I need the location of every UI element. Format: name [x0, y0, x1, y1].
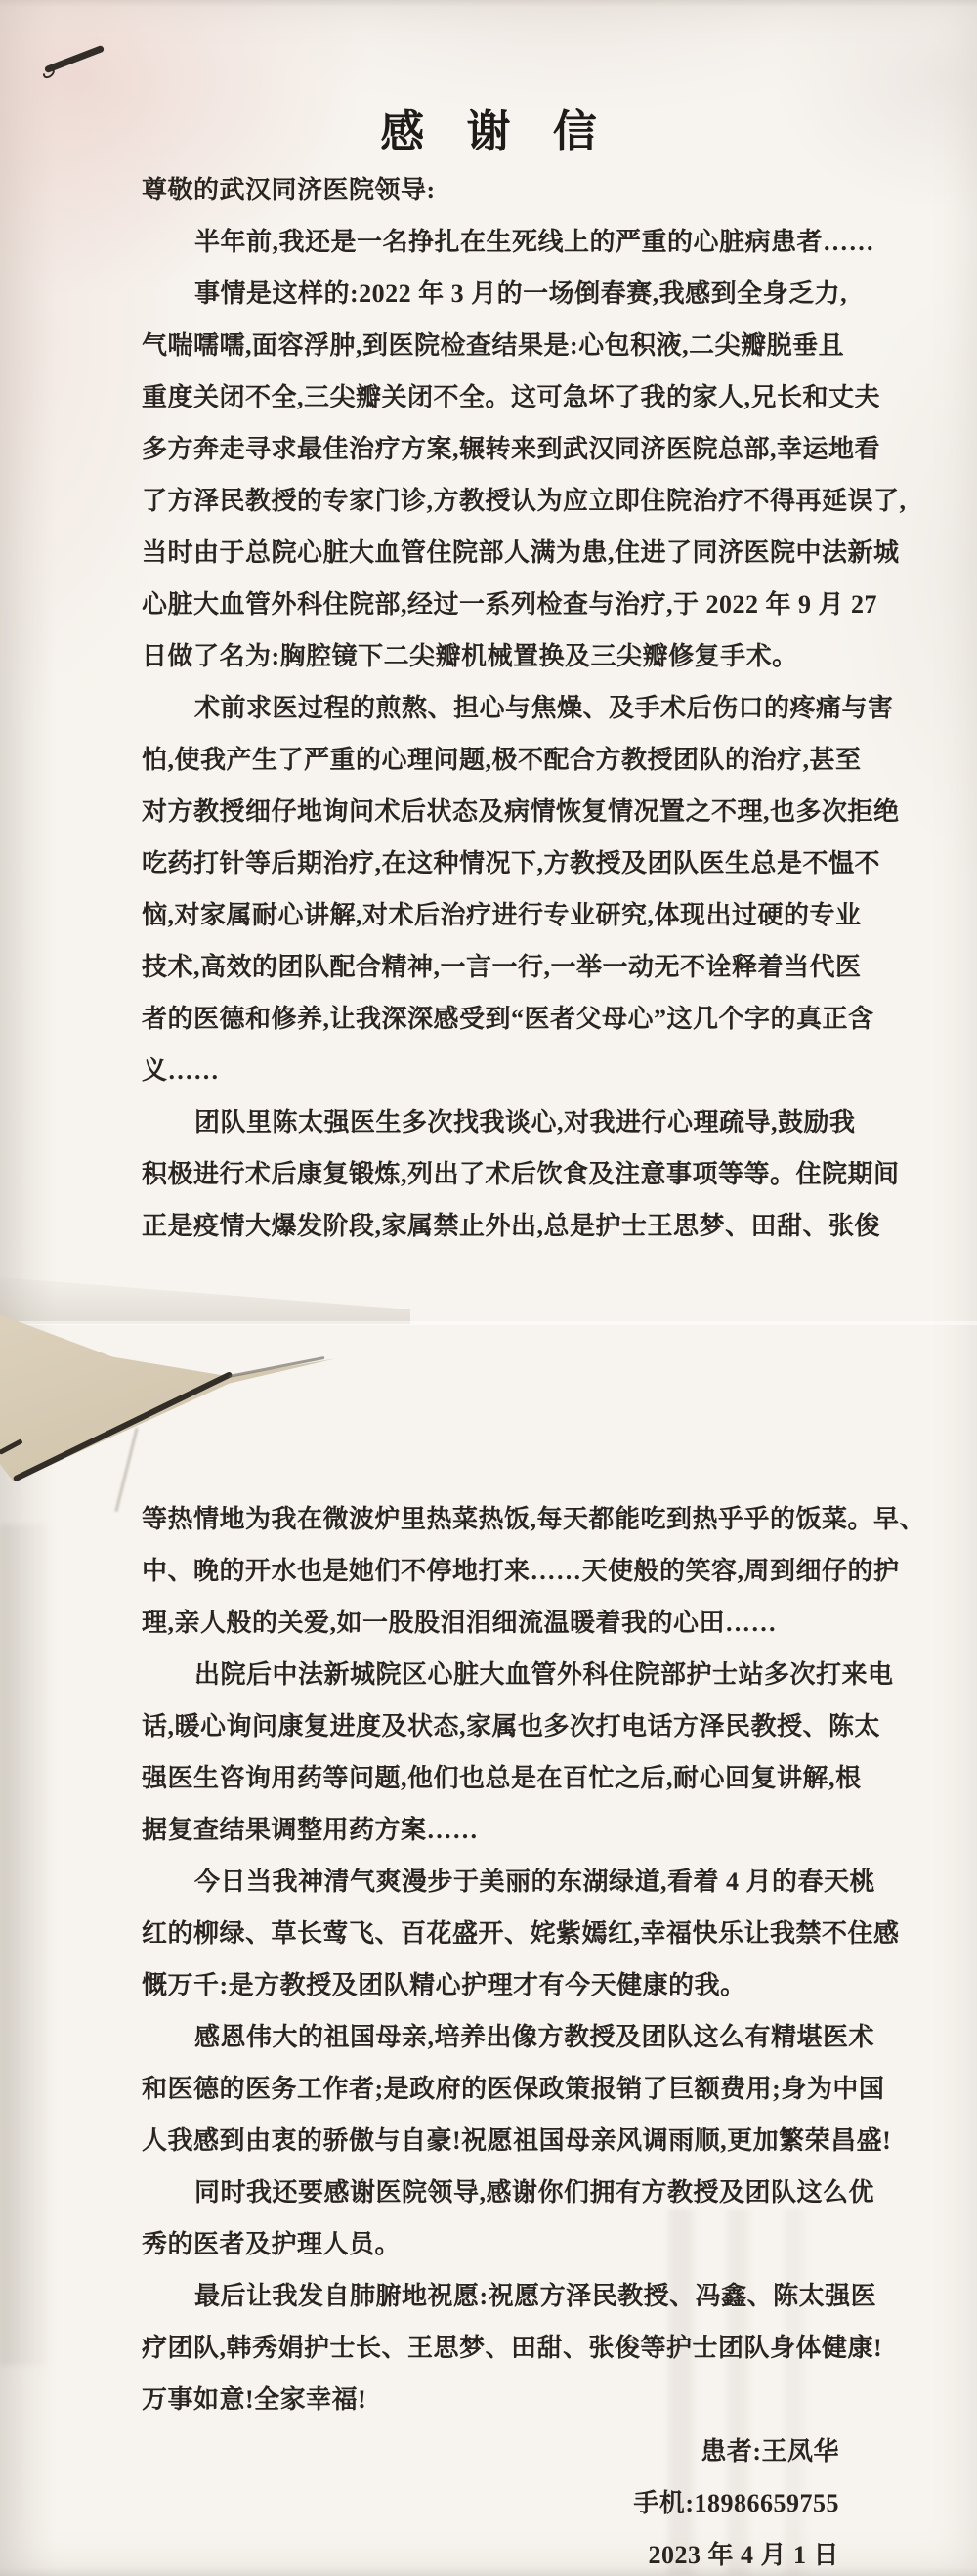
letter-line: 强医生咨询用药等问题,他们也总是在百忙之后,耐心回复讲解,根 [142, 1752, 904, 1804]
letter-title: 感 谢 信 [0, 96, 977, 159]
letter-line: 了方泽民教授的专家门诊,方教授认为应立即住院治疗不得再延误了, [142, 475, 904, 527]
letter-line: 气喘嚅嚅,面容浮肿,到医院检查结果是:心包积液,二尖瓣脱垂且 [142, 320, 904, 371]
fold-crease-tick [0, 1438, 23, 1455]
letter-line: 半年前,我还是一名挣扎在生死线上的严重的心脏病患者…… [142, 216, 904, 268]
letter-line: 吃药打针等后期治疗,在这种情况下,方教授及团队医生总是不愠不 [142, 837, 904, 889]
letter-line: 同时我还要感谢医院领导,感谢你们拥有方教授及团队这么优 [142, 2167, 904, 2218]
letter-line: 秀的医者及护理人员。 [142, 2218, 904, 2270]
letter-line: 心脏大血管外科住院部,经过一系列检查与治疗,于 2022 年 9 月 27 [142, 579, 904, 630]
letter-line: 人我感到由衷的骄傲与自豪!祝愿祖国母亲风调雨顺,更加繁荣昌盛! [142, 2115, 904, 2167]
letter-line: 等热情地为我在微波炉里热菜热饭,每天都能吃到热乎乎的饭菜。早、 [142, 1493, 904, 1545]
paper-edge-shadow [0, 1524, 68, 2365]
letter-line: 团队里陈太强医生多次找我谈心,对我进行心理疏导,鼓励我 [142, 1096, 904, 1148]
letter-line: 慨万千:是方教授及团队精心护理才有今天健康的我。 [142, 1959, 904, 2011]
letter-line: 今日当我神清气爽漫步于美丽的东湖绿道,看着 4 月的春天桃 [142, 1856, 904, 1908]
letter-line: 最后让我发自肺腑地祝愿:祝愿方泽民教授、冯鑫、陈太强医 [142, 2270, 904, 2322]
letter-line: 者的医德和修养,让我深深感受到“医者父母心”这几个字的真正含 [142, 993, 904, 1045]
fold-crease-line [13, 1371, 234, 1482]
letter-line: 义…… [142, 1045, 904, 1096]
fold-crease-line-2 [229, 1356, 325, 1378]
letter-line: 多方奔走寻求最佳治疗方案,辗转来到武汉同济医院总部,幸运地看 [142, 423, 904, 475]
letter-line: 手机:18986659755 [142, 2477, 904, 2529]
letter-line: 和医德的医务工作者;是政府的医保政策报销了巨额费用;身为中国 [142, 2063, 904, 2115]
letter-line: 术前求医过程的煎熬、担心与焦燥、及手术后伤口的疼痛与害 [142, 682, 904, 734]
letter-line: 正是疫情大爆发阶段,家属禁止外出,总是护士王思梦、田甜、张俊 [142, 1200, 904, 1252]
letter-line: 重度关闭不全,三尖瓣关闭不全。这可急坏了我的家人,兄长和丈夫 [142, 371, 904, 423]
letter-line: 对方教授细仔地询问术后状态及病情恢复情况置之不理,也多次拒绝 [142, 786, 904, 837]
letter-line: 红的柳绿、草长莺飞、百花盛开、姹紫嫣红,幸福快乐让我禁不住感 [142, 1908, 904, 1959]
letter-line: 疗团队,韩秀娟护士长、王思梦、田甜、张俊等护士团队身体健康! [142, 2322, 904, 2374]
letter-line: 尊敬的武汉同济医院领导: [142, 164, 904, 216]
letter-line: 万事如意!全家幸福! [142, 2374, 904, 2426]
letter-page-1: 尊敬的武汉同济医院领导:半年前,我还是一名挣扎在生死线上的严重的心脏病患者……事… [142, 164, 904, 1252]
letter-line: 怕,使我产生了严重的心理问题,极不配合方教授团队的治疗,甚至 [142, 734, 904, 786]
letter-line: 话,暖心询问康复进度及状态,家属也多次打电话方泽民教授、陈太 [142, 1700, 904, 1752]
fold-shadow [0, 1266, 410, 1324]
letter-line: 事情是这样的:2022 年 3 月的一场倒春赛,我感到全身乏力, [142, 268, 904, 320]
letter-line: 患者:王凤华 [142, 2426, 904, 2477]
letter-line: 理,亲人般的关爱,如一股股泪泪细流温暖着我的心田…… [142, 1597, 904, 1649]
letter-line: 2023 年 4 月 1 日 [142, 2529, 904, 2576]
fold-crease-faint [114, 1428, 138, 1512]
letter-line: 技术,高效的团队配合精神,一言一行,一举一动无不诠释着当代医 [142, 941, 904, 993]
fold-gap [0, 1321, 977, 1325]
letter-line: 恼,对家属耐心讲解,对术后治疗进行专业研究,体现出过硬的专业 [142, 889, 904, 941]
letter-line: 当时由于总院心脏大血管住院部人满为患,住进了同济医院中法新城 [142, 527, 904, 579]
scanned-letter-page: 感 谢 信 尊敬的武汉同济医院领导:半年前,我还是一名挣扎在生死线上的严重的心脏… [0, 0, 977, 2576]
letter-line: 中、晚的开水也是她们不停地打来……天使般的笑容,周到细仔的护 [142, 1545, 904, 1597]
letter-page-2: 等热情地为我在微波炉里热菜热饭,每天都能吃到热乎乎的饭菜。早、中、晚的开水也是她… [142, 1493, 904, 2576]
letter-line: 积极进行术后康复锻炼,列出了术后饮食及注意事项等等。住院期间 [142, 1148, 904, 1200]
letter-line: 出院后中法新城院区心脏大血管外科住院部护士站多次打来电 [142, 1649, 904, 1700]
letter-line: 感恩伟大的祖国母亲,培养出像方教授及团队这么有精堪医术 [142, 2011, 904, 2063]
letter-line: 日做了名为:胸腔镜下二尖瓣机械置换及三尖瓣修复手术。 [142, 630, 904, 682]
pen-mark [44, 45, 105, 73]
letter-line: 据复查结果调整用药方案…… [142, 1804, 904, 1856]
